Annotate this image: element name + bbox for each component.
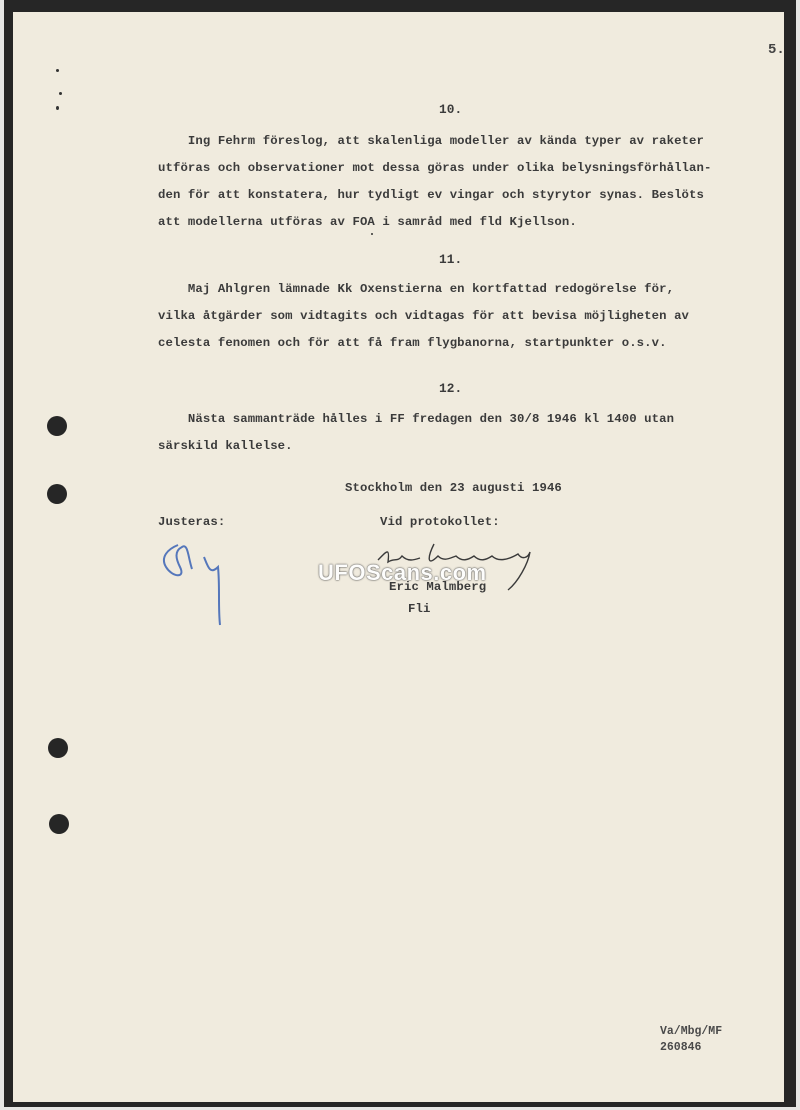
- binder-hole: [48, 738, 68, 758]
- paper-speck: [59, 92, 62, 95]
- section-11-line: celesta fenomen och för att få fram flyg…: [158, 336, 667, 350]
- section-11-line: vilka åtgärder som vidtagits och vidtaga…: [158, 309, 689, 323]
- section-10-number: 10.: [439, 102, 462, 117]
- section-10-line: att modellerna utföras av FOA i samråd m…: [158, 215, 577, 229]
- secretary-title: Fli: [408, 602, 430, 616]
- section-12-line: Nästa sammanträde hålles i FF fredagen d…: [158, 412, 674, 426]
- paper-speck: [56, 69, 59, 72]
- document-page: 5. 10. Ing Fehrm föreslog, att skalenlig…: [13, 12, 784, 1102]
- paper-speck: [371, 233, 373, 235]
- vid-protokollet-label: Vid protokollet:: [380, 515, 500, 529]
- section-10-line: Ing Fehrm föreslog, att skalenliga model…: [158, 134, 704, 148]
- section-10-line: utföras och observationer mot dessa göra…: [158, 161, 711, 175]
- section-12-number: 12.: [439, 381, 462, 396]
- reference-number: 260846: [660, 1041, 701, 1054]
- justeras-signature: [158, 537, 238, 637]
- section-11-line: Maj Ahlgren lämnade Kk Oxenstierna en ko…: [158, 282, 674, 296]
- section-10-line: den för att konstatera, hur tydligt ev v…: [158, 188, 704, 202]
- paper-speck: [56, 106, 59, 110]
- binder-hole: [49, 814, 69, 834]
- binder-hole: [47, 416, 67, 436]
- page-number: 5.: [768, 42, 785, 58]
- section-11-number: 11.: [439, 252, 462, 267]
- justeras-label: Justeras:: [158, 515, 225, 529]
- section-12-line: särskild kallelse.: [158, 439, 293, 453]
- secretary-name: Eric Malmberg: [389, 580, 486, 594]
- binder-hole: [47, 484, 67, 504]
- place-date: Stockholm den 23 augusti 1946: [345, 481, 562, 495]
- reference-code: Va/Mbg/MF: [660, 1025, 722, 1038]
